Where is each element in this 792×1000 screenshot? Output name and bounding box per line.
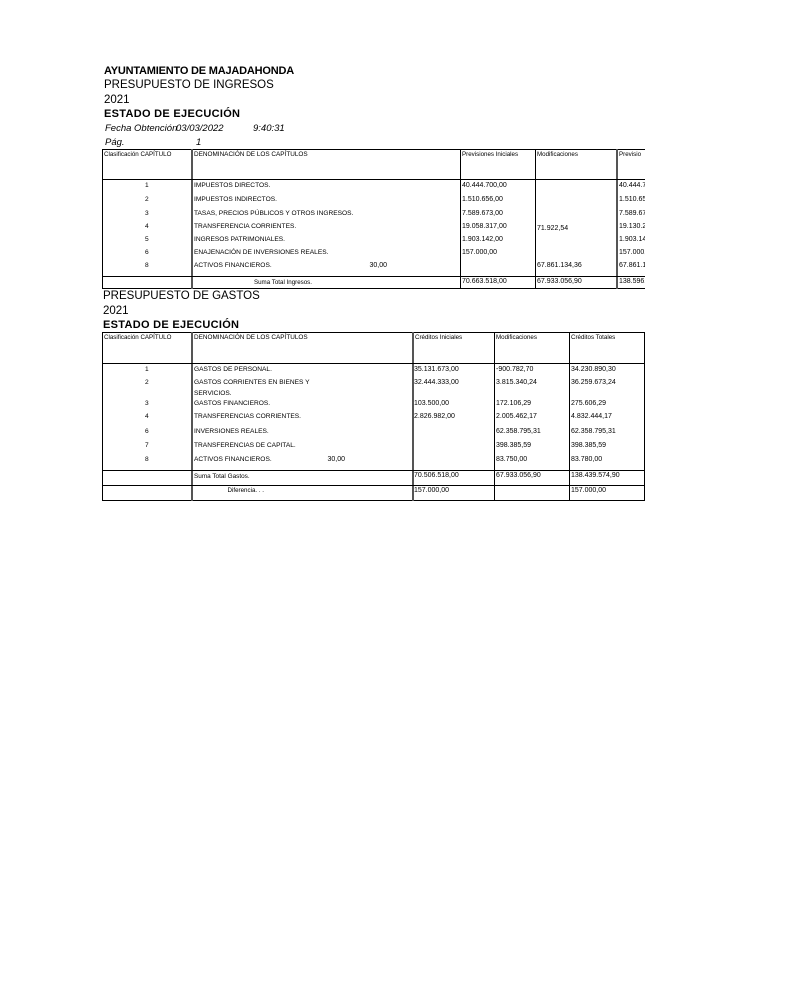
page-value: 1 <box>196 137 201 148</box>
gastos-row-modificaciones: 172.106,29 <box>496 400 531 407</box>
gastos-row-creditos-totales: 275.606,29 <box>571 400 606 407</box>
gastos-row-denominacion: GASTOS DE PERSONAL. <box>194 366 272 373</box>
gastos-subtitle: ESTADO DE EJECUCIÓN <box>103 319 239 331</box>
ingresos-row-capitulo: 1 <box>145 182 149 189</box>
diferencia-total: 157.000,00 <box>571 487 606 494</box>
total-previsiones: 138.596. <box>619 278 645 285</box>
ingresos-row-capitulo: 5 <box>145 236 149 243</box>
report-year: 2021 <box>104 94 130 106</box>
gastos-row-capitulo: 4 <box>145 413 149 420</box>
gastos-row-modificaciones: 3.815.340,24 <box>496 379 537 386</box>
ingresos-row-capitulo: 2 <box>145 196 149 203</box>
gastos-row-capitulo: 7 <box>145 442 149 449</box>
gastos-row-creditos-iniciales: 32.444.333,00 <box>414 379 459 386</box>
ingresos-row-previsiones-iniciales: 1.903.142,00 <box>462 236 503 243</box>
gastos-total-label: Suma Total Gastos. <box>194 473 250 480</box>
ingresos-row-capitulo: 4 <box>145 223 149 230</box>
total-inicial: 70.663.518,00 <box>462 278 507 285</box>
gastos-row-denominacion: TRANSFERENCIAS CORRIENTES. <box>194 413 301 420</box>
gastos-row-creditos-iniciales: 30,00 <box>327 456 345 463</box>
gastos-row-creditos-totales: 83.780,00 <box>571 456 602 463</box>
gastos-year: 2021 <box>103 305 129 317</box>
ingresos-row-previsiones-iniciales: 30,00 <box>369 262 387 269</box>
report-subtitle: ESTADO DE EJECUCIÓN <box>104 108 240 120</box>
ingresos-row-denominacion: IMPUESTOS INDIRECTOS. <box>194 196 277 203</box>
col-header-denominacion: DENOMINACIÓN DE LOS CAPÍTULOS <box>194 151 308 158</box>
gastos-row-creditos-totales: 398.385,59 <box>571 442 606 449</box>
ingresos-row-capitulo: 3 <box>145 210 149 217</box>
ingresos-row-modificaciones: 67.861.134,36 <box>537 262 582 269</box>
gastos-row-creditos-totales: 36.259.673,24 <box>571 379 616 386</box>
gastos-row-modificaciones: 398.385,59 <box>496 442 531 449</box>
gastos-row-modificaciones: -900.782,70 <box>496 366 533 373</box>
gastos-row-denominacion: ACTIVOS FINANCIEROS. <box>194 456 272 463</box>
ingresos-row-capitulo: 6 <box>145 249 149 256</box>
col-header-previsiones-iniciales: Previsiones Iniciales <box>462 151 518 158</box>
gastos-total-modificaciones: 67.933.056,90 <box>496 472 541 479</box>
date-value: 03/03/2022 <box>176 123 224 134</box>
gastos-row-modificaciones: 2.005.462,17 <box>496 413 537 420</box>
diferencia-label: Diferencia. . . <box>228 487 264 494</box>
gastos-row-capitulo: 8 <box>145 456 149 463</box>
gastos-total-inicial: 70.506.518,00 <box>414 472 459 479</box>
col-header-previsiones-totales: Previsio <box>619 151 641 158</box>
g-col-header-creditos-totales: Créditos Totales <box>571 334 615 341</box>
gastos-total-creditos: 138.439.574,90 <box>571 472 620 479</box>
ingresos-row-previsiones-iniciales: 1.510.656,00 <box>462 196 503 203</box>
ingresos-row-denominacion: ENAJENACIÓN DE INVERSIONES REALES. <box>194 249 328 256</box>
gastos-row-creditos-totales: 4.832.444,17 <box>571 413 612 420</box>
ingresos-row-previsiones-totales: 40.444.7 <box>619 182 645 189</box>
gastos-row-creditos-totales: 34.230.890,30 <box>571 366 616 373</box>
ingresos-row-denominacion: TRANSFERENCIA CORRIENTES. <box>194 223 296 230</box>
gastos-row-denominacion: GASTOS CORRIENTES EN BIENES Y <box>194 379 310 386</box>
g-col-header-modificaciones: Modificaciones <box>496 334 537 341</box>
ingresos-row-previsiones-iniciales: 7.589.673,00 <box>462 210 503 217</box>
report-page: AYUNTAMIENTO DE MAJADAHONDA PRESUPUESTO … <box>0 0 645 1000</box>
gastos-row-creditos-totales: 62.358.795,31 <box>571 428 616 435</box>
gastos-title: PRESUPUESTO DE GASTOS <box>103 290 260 302</box>
col-header-clasificacion: Clasificación CAPÍTULO <box>104 151 171 158</box>
gastos-row-creditos-iniciales: 103.500,00 <box>414 400 449 407</box>
g-col-header-creditos-iniciales: Créditos Iniciales <box>415 334 462 341</box>
gastos-row-creditos-iniciales: 2.826.982,00 <box>414 413 455 420</box>
gastos-row-denominacion: TRANSFERENCIAS DE CAPITAL. <box>194 442 296 449</box>
gastos-row-capitulo: 6 <box>145 428 149 435</box>
ingresos-row-previsiones-totales: 157.000, <box>619 249 645 256</box>
organization-name: AYUNTAMIENTO DE MAJADAHONDA <box>104 65 294 77</box>
ingresos-row-previsiones-iniciales: 157.000,00 <box>462 249 497 256</box>
gastos-row-capitulo: 2 <box>145 379 149 386</box>
ingresos-row-previsiones-totales: 19.130.2 <box>619 223 645 230</box>
gastos-row-denominacion: INVERSIONES REALES. <box>194 428 269 435</box>
ingresos-row-previsiones-iniciales: 19.058.317,00 <box>462 223 507 230</box>
gastos-row-capitulo: 3 <box>145 400 149 407</box>
date-label: Fecha Obtención <box>105 123 177 134</box>
col-header-modificaciones: Modificaciones <box>537 151 578 158</box>
time-value: 9:40:31 <box>253 123 285 134</box>
ingresos-row-denominacion: IMPUESTOS DIRECTOS. <box>194 182 270 189</box>
ingresos-row-denominacion: TASAS, PRECIOS PÚBLICOS Y OTROS INGRESOS… <box>194 210 353 217</box>
ingresos-row-previsiones-totales: 1.903.14 <box>619 236 645 243</box>
ingresos-row-previsiones-totales: 67.861.1 <box>619 262 645 269</box>
total-modificaciones: 67.933.056,90 <box>537 278 582 285</box>
ingresos-row-previsiones-totales: 1.510.65 <box>619 196 645 203</box>
ingresos-row-denominacion: ACTIVOS FINANCIEROS. <box>194 262 272 269</box>
gastos-row-capitulo: 1 <box>145 366 149 373</box>
gastos-row-modificaciones: 62.358.795,31 <box>496 428 541 435</box>
diferencia-inicial: 157.000,00 <box>414 487 449 494</box>
ingresos-row-capitulo: 8 <box>145 262 149 269</box>
ingresos-row-previsiones-totales: 7.589.67 <box>619 210 645 217</box>
gastos-row-denominacion: GASTOS FINANCIEROS. <box>194 400 270 407</box>
total-label: Suma Total Ingresos. <box>254 279 312 286</box>
gastos-row-denominacion-cont: SERVICIOS. <box>194 390 232 397</box>
modificaciones-cap4: 71.922,54 <box>537 225 568 232</box>
page-label: Pág. <box>105 137 125 148</box>
report-title: PRESUPUESTO DE INGRESOS <box>104 79 274 91</box>
gastos-row-modificaciones: 83.750,00 <box>496 456 527 463</box>
g-col-header-denominacion: DENOMINACIÓN DE LOS CAPÍTULOS <box>194 334 308 341</box>
g-col-header-clasificacion: Clasificación CAPÍTULO <box>104 334 171 341</box>
gastos-row-creditos-iniciales: 35.131.673,00 <box>414 366 459 373</box>
ingresos-row-previsiones-iniciales: 40.444.700,00 <box>462 182 507 189</box>
ingresos-row-denominacion: INGRESOS PATRIMONIALES. <box>194 236 285 243</box>
